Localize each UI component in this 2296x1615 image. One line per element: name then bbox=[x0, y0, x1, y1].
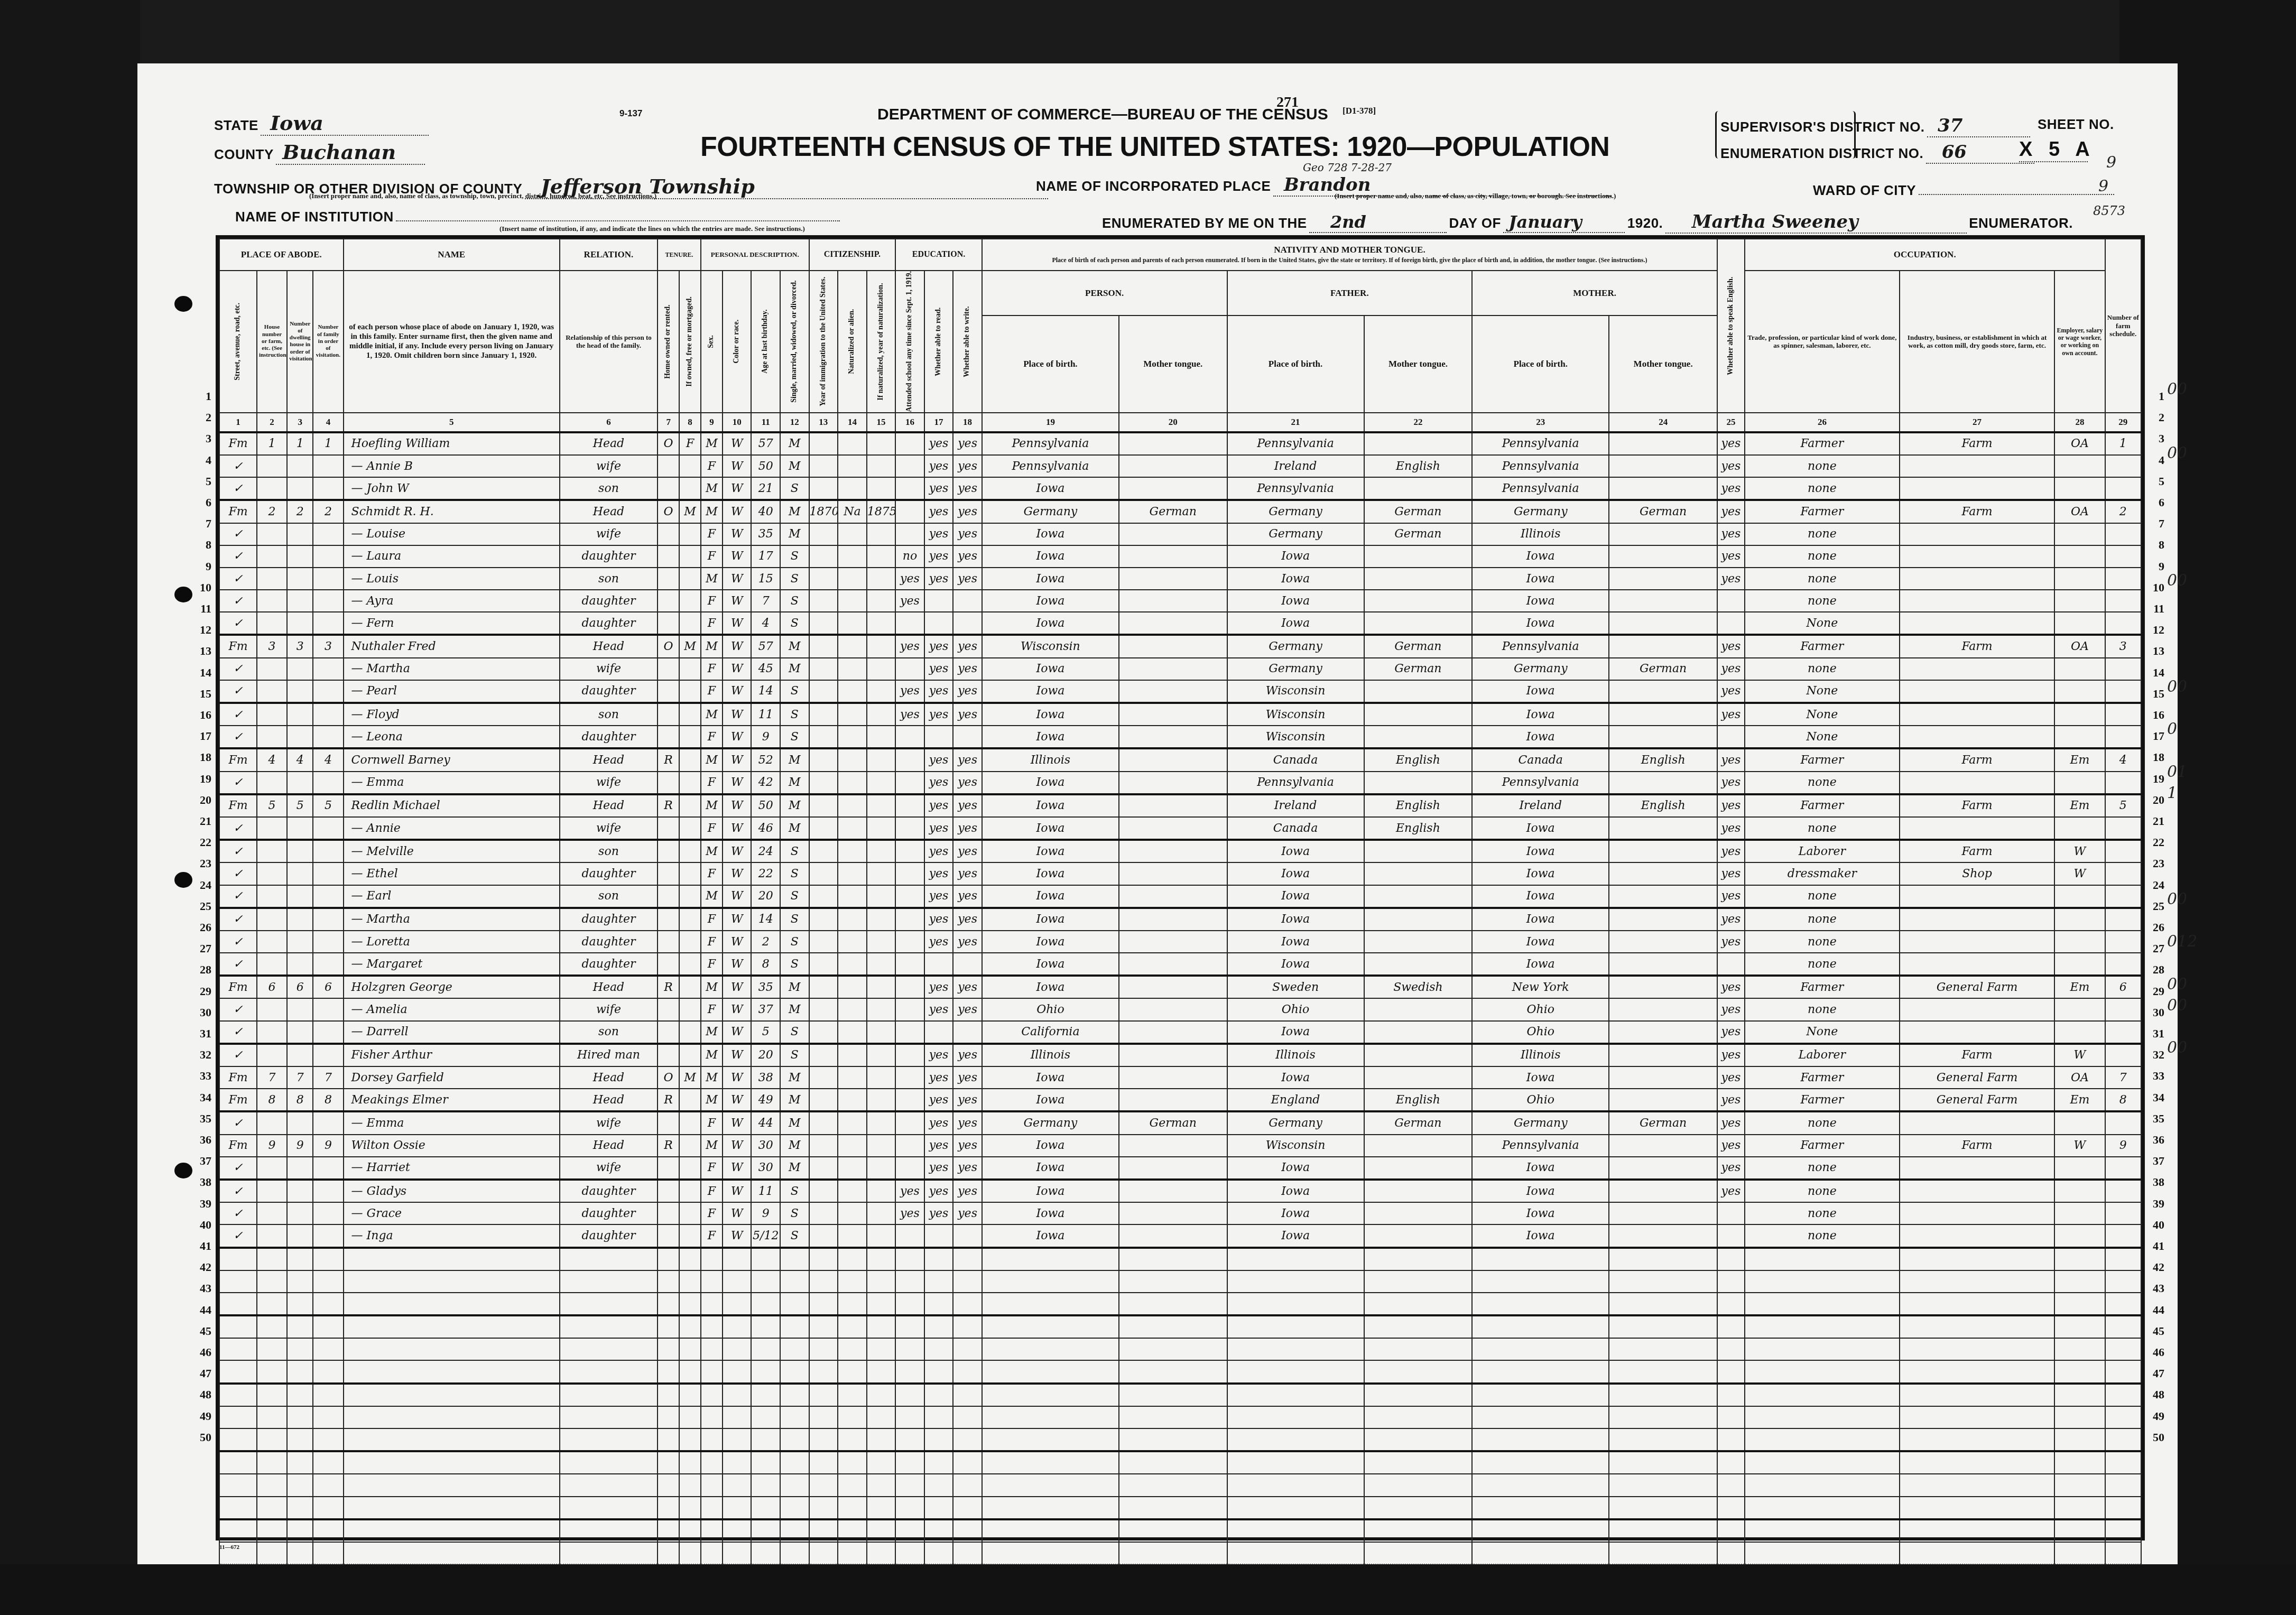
cell-read: yes bbox=[924, 1202, 953, 1224]
cell-relation bbox=[560, 1270, 658, 1293]
cell-trade: None bbox=[1745, 612, 1900, 635]
cell-m-tongue bbox=[1609, 976, 1717, 998]
cell-tongue bbox=[1119, 840, 1227, 862]
cell-relation: wife bbox=[560, 455, 658, 477]
cell-sex: M bbox=[701, 1089, 723, 1111]
table-row bbox=[219, 1293, 2141, 1315]
cell-race bbox=[723, 1384, 752, 1406]
cell-m-birth: Iowa bbox=[1472, 612, 1609, 635]
line-number: 44 bbox=[190, 1303, 211, 1317]
cell-school bbox=[895, 1248, 924, 1270]
cell-age bbox=[751, 1451, 780, 1474]
cell-farm bbox=[2105, 1293, 2141, 1315]
cell-race: W bbox=[723, 726, 752, 748]
cell-marital: S bbox=[780, 590, 809, 612]
cell-industry: Farm bbox=[1900, 794, 2054, 817]
cell-english bbox=[1717, 1338, 1745, 1360]
cell-owned bbox=[658, 1293, 679, 1315]
cell-f-birth bbox=[1227, 1542, 1364, 1564]
column-number: 22 bbox=[1364, 413, 1473, 432]
cell-birth: Iowa bbox=[982, 703, 1119, 726]
cell-race: W bbox=[723, 1089, 752, 1111]
line-number: 20 bbox=[2143, 793, 2164, 807]
cell-street: Fm bbox=[219, 748, 257, 771]
cell-sex: M bbox=[701, 1066, 723, 1089]
cell-nat bbox=[838, 1157, 867, 1180]
cell-house: 5 bbox=[257, 794, 287, 817]
table-row: ✓— FerndaughterFW4SIowaIowaIowaNone bbox=[219, 612, 2141, 635]
cell-birth bbox=[982, 1451, 1119, 1474]
cell-tongue bbox=[1119, 726, 1227, 748]
table-row: ✓— LouisewifeFW35MyesyesIowaGermanyGerma… bbox=[219, 523, 2141, 545]
cell-dwelling bbox=[287, 1451, 313, 1474]
cell-marital: S bbox=[780, 862, 809, 885]
column-number: 5 bbox=[344, 413, 560, 432]
line-number: 24 bbox=[2143, 878, 2164, 892]
cell-mortgage bbox=[679, 1338, 701, 1360]
cell-immig bbox=[809, 1224, 838, 1247]
table-row: ✓— HarrietwifeFW30MyesyesIowaIowaIowayes… bbox=[219, 1157, 2141, 1180]
cell-natyr bbox=[867, 1428, 896, 1451]
cell-f-birth: Iowa bbox=[1227, 1021, 1364, 1044]
cell-dwelling bbox=[287, 477, 313, 500]
cell-family bbox=[313, 1542, 343, 1564]
cell-f-birth: Germany bbox=[1227, 500, 1364, 523]
cell-age: 14 bbox=[751, 908, 780, 931]
cell-f-tongue bbox=[1364, 1248, 1473, 1270]
cell-class: W bbox=[2054, 840, 2105, 862]
cell-m-birth: Germany bbox=[1472, 500, 1609, 523]
cell-race: W bbox=[723, 840, 752, 862]
cell-m-tongue bbox=[1609, 1021, 1717, 1044]
cell-family bbox=[313, 1384, 343, 1406]
cell-mortgage bbox=[679, 477, 701, 500]
line-number: 1 bbox=[2143, 389, 2164, 403]
cell-m-tongue bbox=[1609, 726, 1717, 748]
line-number: 3 bbox=[2143, 432, 2164, 445]
cell-house bbox=[257, 1315, 287, 1338]
cell-sex: F bbox=[701, 455, 723, 477]
cell-m-tongue: German bbox=[1609, 1111, 1717, 1134]
cell-read: yes bbox=[924, 1044, 953, 1066]
cell-race: W bbox=[723, 477, 752, 500]
cell-f-birth: Iowa bbox=[1227, 840, 1364, 862]
cell-f-birth bbox=[1227, 1338, 1364, 1360]
cell-dwelling bbox=[287, 772, 313, 794]
cell-industry bbox=[1900, 568, 2054, 590]
cell-mortgage bbox=[679, 658, 701, 680]
cell-marital: S bbox=[780, 931, 809, 953]
cell-m-birth: Pennsylvania bbox=[1472, 635, 1609, 657]
cell-sex bbox=[701, 1338, 723, 1360]
cell-tongue bbox=[1119, 1384, 1227, 1406]
cell-industry bbox=[1900, 908, 2054, 931]
cell-f-birth: England bbox=[1227, 1089, 1364, 1111]
cell-mortgage bbox=[679, 523, 701, 545]
table-row bbox=[219, 1406, 2141, 1428]
line-number: 39 bbox=[2143, 1197, 2164, 1211]
cell-class: W bbox=[2054, 862, 2105, 885]
cell-school bbox=[895, 523, 924, 545]
cell-family bbox=[313, 931, 343, 953]
cell-marital: M bbox=[780, 772, 809, 794]
cell-tongue bbox=[1119, 590, 1227, 612]
cell-street bbox=[219, 1519, 257, 1542]
cell-write: yes bbox=[953, 931, 982, 953]
margin-code: 00 bbox=[2167, 571, 2187, 590]
cell-family bbox=[313, 455, 343, 477]
cell-marital: M bbox=[780, 1111, 809, 1134]
cell-english bbox=[1717, 590, 1745, 612]
cell-immig bbox=[809, 840, 838, 862]
cell-nat bbox=[838, 1293, 867, 1315]
cell-farm: 2 bbox=[2105, 500, 2141, 523]
county-field: COUNTY Buchanan bbox=[214, 140, 425, 165]
cell-family bbox=[313, 1180, 343, 1202]
cell-read: yes bbox=[924, 545, 953, 568]
scan-border-bottom bbox=[0, 1564, 2296, 1615]
table-row: ✓— EmmawifeFW44MyesyesGermanyGermanGerma… bbox=[219, 1111, 2141, 1134]
cell-street: ✓ bbox=[219, 612, 257, 635]
cell-natyr bbox=[867, 612, 896, 635]
cell-write: yes bbox=[953, 908, 982, 931]
cell-write bbox=[953, 590, 982, 612]
line-number: 28 bbox=[190, 963, 211, 977]
cell-nat bbox=[838, 748, 867, 771]
cell-sex: M bbox=[701, 1135, 723, 1157]
cell-trade: none bbox=[1745, 953, 1900, 976]
cell-house bbox=[257, 1021, 287, 1044]
cell-tongue bbox=[1119, 772, 1227, 794]
cell-read: yes bbox=[924, 635, 953, 657]
cell-trade: none bbox=[1745, 908, 1900, 931]
cell-read: yes bbox=[924, 748, 953, 771]
cell-relation: son bbox=[560, 1021, 658, 1044]
cell-birth bbox=[982, 1270, 1119, 1293]
cell-school bbox=[895, 658, 924, 680]
column-number: 21 bbox=[1227, 413, 1364, 432]
col-3-header: Number of dwelling house in order of vis… bbox=[287, 271, 313, 413]
table-row bbox=[219, 1248, 2141, 1270]
margin-code: 0 bbox=[2167, 720, 2177, 738]
census-table: PLACE OF ABODE. NAME RELATION. TENURE. P… bbox=[216, 235, 2145, 1540]
cell-street bbox=[219, 1338, 257, 1360]
cell-house bbox=[257, 1157, 287, 1180]
cell-f-birth: Ohio bbox=[1227, 998, 1364, 1020]
cell-relation: Hired man bbox=[560, 1044, 658, 1066]
cell-race: W bbox=[723, 500, 752, 523]
cell-industry: Farm bbox=[1900, 1044, 2054, 1066]
cell-nat bbox=[838, 1451, 867, 1474]
cell-f-tongue bbox=[1364, 772, 1473, 794]
cell-birth: Iowa bbox=[982, 817, 1119, 840]
cell-natyr bbox=[867, 1248, 896, 1270]
cell-tongue bbox=[1119, 568, 1227, 590]
cell-sex bbox=[701, 1248, 723, 1270]
cell-farm bbox=[2105, 908, 2141, 931]
col-23-header: Place of birth. bbox=[1472, 315, 1609, 413]
cell-race: W bbox=[723, 703, 752, 726]
cell-mortgage bbox=[679, 817, 701, 840]
state-field: STATE Iowa bbox=[214, 111, 429, 136]
cell-relation: daughter bbox=[560, 545, 658, 568]
cell-m-tongue bbox=[1609, 1360, 1717, 1383]
cell-owned bbox=[658, 1021, 679, 1044]
cell-race: W bbox=[723, 817, 752, 840]
cell-f-tongue bbox=[1364, 1180, 1473, 1202]
cell-industry bbox=[1900, 953, 2054, 976]
cell-m-birth: Pennsylvania bbox=[1472, 772, 1609, 794]
cell-immig bbox=[809, 908, 838, 931]
cell-owned bbox=[658, 953, 679, 976]
cell-read: yes bbox=[924, 931, 953, 953]
cell-trade: none bbox=[1745, 1111, 1900, 1134]
cell-f-tongue bbox=[1364, 1315, 1473, 1338]
cell-m-birth bbox=[1472, 1360, 1609, 1383]
sheet-margin-note: 9 bbox=[2098, 177, 2108, 196]
cell-dwelling: 9 bbox=[287, 1135, 313, 1157]
cell-house bbox=[257, 1519, 287, 1542]
cell-f-tongue bbox=[1364, 908, 1473, 931]
cell-marital bbox=[780, 1519, 809, 1542]
cell-trade bbox=[1745, 1406, 1900, 1428]
cell-f-birth: Ireland bbox=[1227, 794, 1364, 817]
cell-farm bbox=[2105, 1428, 2141, 1451]
cell-street: ✓ bbox=[219, 545, 257, 568]
cell-name: Schmidt R. H. bbox=[344, 500, 560, 523]
cell-family bbox=[313, 1270, 343, 1293]
cell-mortgage bbox=[679, 1315, 701, 1338]
cell-farm bbox=[2105, 726, 2141, 748]
cell-race bbox=[723, 1474, 752, 1496]
cell-english: yes bbox=[1717, 908, 1745, 931]
line-number: 16 bbox=[190, 708, 211, 722]
cell-name bbox=[344, 1474, 560, 1496]
cell-class: Em bbox=[2054, 794, 2105, 817]
cell-tongue bbox=[1119, 658, 1227, 680]
supervisor-district-field: SUPERVISOR'S DISTRICT NO. 37 bbox=[1720, 115, 2030, 137]
cell-family: 3 bbox=[313, 635, 343, 657]
cell-race: W bbox=[723, 1044, 752, 1066]
cell-m-tongue bbox=[1609, 568, 1717, 590]
cell-class bbox=[2054, 726, 2105, 748]
cell-nat bbox=[838, 953, 867, 976]
table-row: ✓— MelvillesonMW24SyesyesIowaIowaIowayes… bbox=[219, 840, 2141, 862]
cell-mortgage bbox=[679, 455, 701, 477]
line-number: 32 bbox=[2143, 1048, 2164, 1062]
line-number: 1 bbox=[190, 389, 211, 403]
cell-name: — John W bbox=[344, 477, 560, 500]
cell-house bbox=[257, 1406, 287, 1428]
cell-m-tongue bbox=[1609, 1519, 1717, 1542]
cell-dwelling: 5 bbox=[287, 794, 313, 817]
cell-m-tongue bbox=[1609, 1338, 1717, 1360]
cell-farm: 5 bbox=[2105, 794, 2141, 817]
cell-age bbox=[751, 1384, 780, 1406]
cell-birth: Iowa bbox=[982, 953, 1119, 976]
cell-natyr bbox=[867, 1157, 896, 1180]
cell-sex: M bbox=[701, 840, 723, 862]
cell-mortgage bbox=[679, 1406, 701, 1428]
cell-f-tongue bbox=[1364, 726, 1473, 748]
cell-owned bbox=[658, 1428, 679, 1451]
cell-school bbox=[895, 1315, 924, 1338]
cell-family bbox=[313, 658, 343, 680]
cell-m-tongue bbox=[1609, 1293, 1717, 1315]
cell-m-birth: New York bbox=[1472, 976, 1609, 998]
cell-owned: O bbox=[658, 432, 679, 455]
cell-class bbox=[2054, 1428, 2105, 1451]
cell-mortgage: M bbox=[679, 500, 701, 523]
cell-tongue bbox=[1119, 1315, 1227, 1338]
cell-m-birth bbox=[1472, 1497, 1609, 1519]
cell-street bbox=[219, 1270, 257, 1293]
cell-m-birth bbox=[1472, 1542, 1609, 1564]
cell-age: 7 bbox=[751, 590, 780, 612]
cell-dwelling: 8 bbox=[287, 1089, 313, 1111]
cell-name: — Floyd bbox=[344, 703, 560, 726]
cell-birth: Iowa bbox=[982, 1135, 1119, 1157]
cell-birth: Iowa bbox=[982, 680, 1119, 703]
cell-read bbox=[924, 1315, 953, 1338]
cell-name bbox=[344, 1497, 560, 1519]
cell-family bbox=[313, 953, 343, 976]
cell-f-birth: Illinois bbox=[1227, 1044, 1364, 1066]
cell-immig bbox=[809, 1497, 838, 1519]
cell-family bbox=[313, 477, 343, 500]
cell-owned bbox=[658, 1406, 679, 1428]
cell-m-birth bbox=[1472, 1428, 1609, 1451]
cell-f-birth bbox=[1227, 1406, 1364, 1428]
cell-school: yes bbox=[895, 1202, 924, 1224]
col-9-header: Sex. bbox=[701, 271, 723, 413]
cell-industry bbox=[1900, 1248, 2054, 1270]
state-value: Iowa bbox=[261, 111, 429, 136]
column-number: 15 bbox=[867, 413, 896, 432]
cell-street: ✓ bbox=[219, 590, 257, 612]
cell-trade: Laborer bbox=[1745, 1044, 1900, 1066]
cell-read bbox=[924, 1248, 953, 1270]
cell-marital: S bbox=[780, 703, 809, 726]
cell-family bbox=[313, 680, 343, 703]
cell-age: 30 bbox=[751, 1157, 780, 1180]
department-title: DEPARTMENT OF COMMERCE—BUREAU OF THE CEN… bbox=[877, 106, 1328, 124]
cell-read: yes bbox=[924, 998, 953, 1020]
cell-marital: M bbox=[780, 455, 809, 477]
cell-farm bbox=[2105, 817, 2141, 840]
cell-house: 1 bbox=[257, 432, 287, 455]
cell-write bbox=[953, 1384, 982, 1406]
cell-dwelling bbox=[287, 590, 313, 612]
cell-marital bbox=[780, 1451, 809, 1474]
cell-m-birth: Iowa bbox=[1472, 568, 1609, 590]
cell-f-birth: Iowa bbox=[1227, 862, 1364, 885]
cell-m-birth: Iowa bbox=[1472, 817, 1609, 840]
cell-race bbox=[723, 1428, 752, 1451]
table-row: Fm999Wilton OssieHeadRMW30MyesyesIowaWis… bbox=[219, 1135, 2141, 1157]
cell-birth: Iowa bbox=[982, 568, 1119, 590]
cell-school bbox=[895, 1338, 924, 1360]
cell-race: W bbox=[723, 794, 752, 817]
cell-english: yes bbox=[1717, 680, 1745, 703]
line-number: 12 bbox=[190, 623, 211, 637]
cell-nat bbox=[838, 1111, 867, 1134]
cell-owned bbox=[658, 1224, 679, 1247]
cell-english bbox=[1717, 1519, 1745, 1542]
cell-relation bbox=[560, 1497, 658, 1519]
cell-industry bbox=[1900, 590, 2054, 612]
cell-marital: S bbox=[780, 953, 809, 976]
cell-read bbox=[924, 1519, 953, 1542]
line-number: 13 bbox=[2143, 644, 2164, 658]
table-row: Fm888Meakings ElmerHeadRMW49MyesyesIowaE… bbox=[219, 1089, 2141, 1111]
table-row bbox=[219, 1497, 2141, 1519]
cell-relation: Head bbox=[560, 1066, 658, 1089]
cell-owned bbox=[658, 772, 679, 794]
column-number: 20 bbox=[1119, 413, 1227, 432]
cell-industry bbox=[1900, 1360, 2054, 1383]
cell-family bbox=[313, 772, 343, 794]
cell-read: yes bbox=[924, 1157, 953, 1180]
cell-dwelling: 7 bbox=[287, 1066, 313, 1089]
cell-marital bbox=[780, 1406, 809, 1428]
cell-m-tongue bbox=[1609, 1044, 1717, 1066]
cell-school: yes bbox=[895, 703, 924, 726]
cell-family bbox=[313, 817, 343, 840]
cell-farm bbox=[2105, 477, 2141, 500]
cell-industry bbox=[1900, 772, 2054, 794]
cell-age: 46 bbox=[751, 817, 780, 840]
line-number: 21 bbox=[2143, 814, 2164, 828]
cell-sex bbox=[701, 1384, 723, 1406]
group-person: PERSON. bbox=[982, 271, 1227, 315]
cell-birth: Iowa bbox=[982, 1202, 1119, 1224]
cell-write: yes bbox=[953, 1135, 982, 1157]
cell-race: W bbox=[723, 568, 752, 590]
cell-race: W bbox=[723, 1224, 752, 1247]
cell-m-tongue bbox=[1609, 1406, 1717, 1428]
cell-m-tongue: English bbox=[1609, 794, 1717, 817]
cell-name: Fisher Arthur bbox=[344, 1044, 560, 1066]
cell-english: yes bbox=[1717, 1044, 1745, 1066]
cell-school bbox=[895, 931, 924, 953]
line-number: 49 bbox=[190, 1409, 211, 1423]
cell-school bbox=[895, 1089, 924, 1111]
cell-school bbox=[895, 998, 924, 1020]
cell-write bbox=[953, 1270, 982, 1293]
cell-farm bbox=[2105, 1248, 2141, 1270]
cell-natyr bbox=[867, 658, 896, 680]
enumerator-name: Martha Sweeney bbox=[1665, 211, 1967, 234]
cell-m-tongue bbox=[1609, 455, 1717, 477]
cell-farm bbox=[2105, 1497, 2141, 1519]
enumeration-day: 2nd bbox=[1309, 212, 1447, 233]
cell-owned bbox=[658, 1384, 679, 1406]
cell-relation: wife bbox=[560, 523, 658, 545]
cell-tongue bbox=[1119, 862, 1227, 885]
sheet-margin-note: 8573 bbox=[2093, 203, 2125, 218]
cell-natyr bbox=[867, 976, 896, 998]
cell-family bbox=[313, 1293, 343, 1315]
cell-family bbox=[313, 1315, 343, 1338]
cell-birth: Iowa bbox=[982, 658, 1119, 680]
cell-sex bbox=[701, 1406, 723, 1428]
cell-nat bbox=[838, 1315, 867, 1338]
cell-relation: Head bbox=[560, 1089, 658, 1111]
line-number: 30 bbox=[2143, 1006, 2164, 1019]
cell-dwelling bbox=[287, 1497, 313, 1519]
cell-m-birth bbox=[1472, 1315, 1609, 1338]
